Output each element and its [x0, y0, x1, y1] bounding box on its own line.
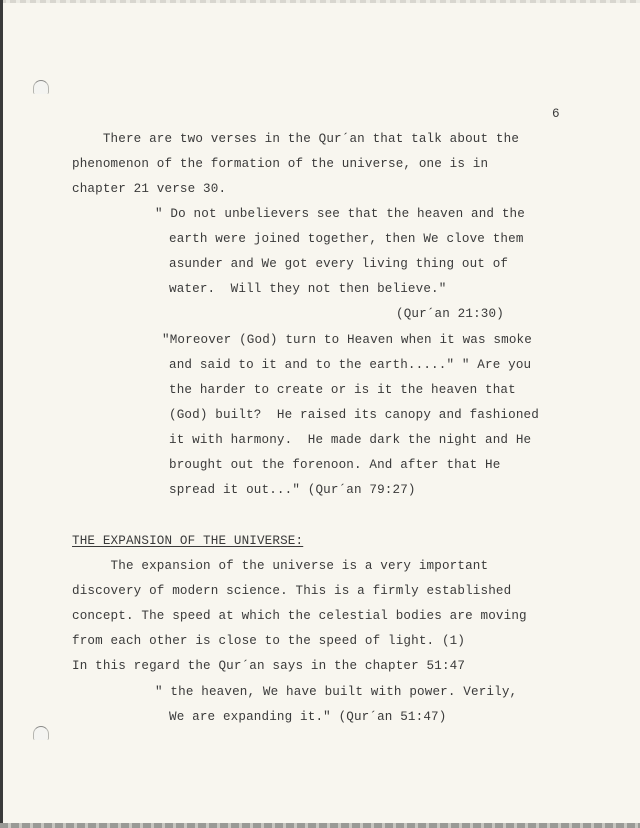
section-heading: THE EXPANSION OF THE UNIVERSE:	[72, 533, 303, 549]
page-top-edge	[0, 0, 640, 3]
quote-1-line: earth were joined together, then We clov…	[169, 231, 524, 247]
quote-2-line: brought out the forenoon. And after that…	[169, 457, 500, 473]
punch-hole-icon	[33, 80, 49, 94]
quote-2-line: (God) built? He raised its canopy and fa…	[169, 407, 539, 423]
page-bottom-edge	[0, 823, 640, 828]
quote-2-line: spread it out..." (Qur´an 79:27)	[169, 482, 416, 498]
intro-line: chapter 21 verse 30.	[72, 181, 226, 197]
quote-1-line: water. Will they not then believe."	[169, 281, 446, 297]
quote-2-line: the harder to create or is it the heaven…	[169, 382, 516, 398]
quote-2-line: and said to it and to the earth....." " …	[169, 357, 531, 373]
expansion-line: The expansion of the universe is a very …	[72, 558, 488, 574]
page-left-edge	[0, 0, 3, 828]
quote-3-line: We are expanding it." (Qur´an 51:47)	[169, 709, 446, 725]
document-page: 6 There are two verses in the Qur´an tha…	[0, 0, 640, 828]
intro-line: phenomenon of the formation of the unive…	[72, 156, 488, 172]
quote-2-line: "Moreover (God) turn to Heaven when it w…	[162, 332, 532, 348]
quote-1-line: asunder and We got every living thing ou…	[169, 256, 508, 272]
intro-line: There are two verses in the Qur´an that …	[72, 131, 519, 147]
quote-1-line: " Do not unbelievers see that the heaven…	[155, 206, 525, 222]
quote-3-line: " the heaven, We have built with power. …	[155, 684, 517, 700]
expansion-line: from each other is close to the speed of…	[72, 633, 465, 649]
quote-1-citation: (Qur´an 21:30)	[396, 306, 504, 322]
punch-hole-icon	[33, 726, 49, 740]
expansion-line: concept. The speed at which the celestia…	[72, 608, 527, 624]
quote-2-line: it with harmony. He made dark the night …	[169, 432, 531, 448]
expansion-line: discovery of modern science. This is a f…	[72, 583, 511, 599]
expansion-line: In this regard the Qur´an says in the ch…	[72, 658, 465, 674]
page-number: 6	[552, 106, 560, 122]
